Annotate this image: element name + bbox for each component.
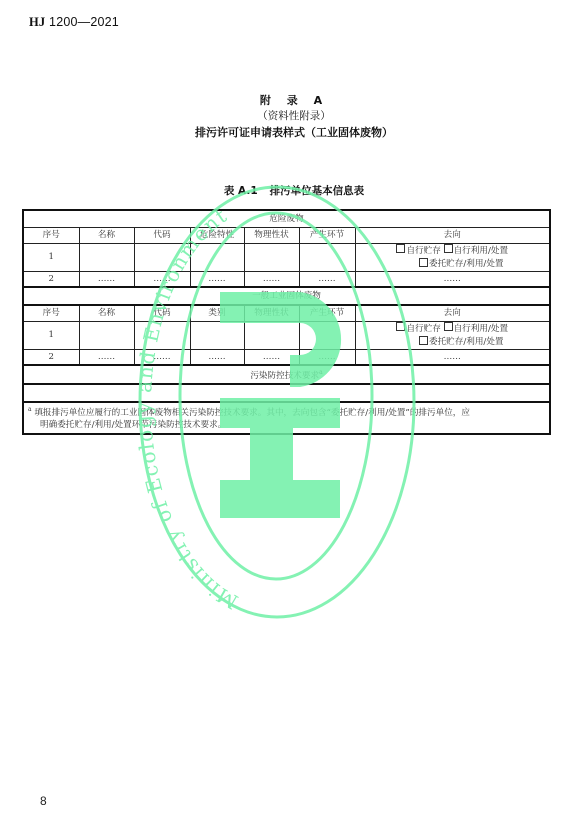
- generation-stage-cell[interactable]: [299, 244, 355, 272]
- col-header: 去向: [355, 305, 550, 322]
- table-row: 2 …… …… …… …… …… ……: [23, 350, 550, 366]
- col-header: 物理性状: [244, 228, 299, 244]
- footnote: a 填报排污单位应履行的工业固体废物相关污染防控技术要求。其中，去向包含“委托贮…: [23, 402, 550, 434]
- checkbox-icon[interactable]: [444, 322, 453, 331]
- hazard-property-cell[interactable]: [190, 244, 244, 272]
- checkbox-icon[interactable]: [419, 258, 428, 267]
- section-title-hazardous: 危险废物: [23, 210, 550, 228]
- col-header: 序号: [23, 228, 79, 244]
- col-header: 序号: [23, 305, 79, 322]
- header-row: 序号 名称 代码 类别 物理性状 产生环节 去向: [23, 305, 550, 322]
- ellipsis-cell: ……: [355, 272, 550, 288]
- footnote-row: a 填报排污单位应履行的工业固体废物相关污染防控技术要求。其中，去向包含“委托贮…: [23, 402, 550, 434]
- destination-cell: 自行贮存 自行利用/处置 委托贮存/利用/处置: [355, 244, 550, 272]
- physical-state-cell[interactable]: [244, 322, 299, 350]
- col-header: 代码: [134, 305, 190, 322]
- checkbox-icon[interactable]: [396, 322, 405, 331]
- destination-option[interactable]: 委托贮存/利用/处置: [419, 337, 504, 347]
- requirements-label-row: 污染防控技术要求a: [23, 365, 550, 384]
- appendix-subtitle: （资料性附录）: [0, 108, 588, 123]
- ellipsis-cell: ……: [244, 272, 299, 288]
- destination-option[interactable]: 委托贮存/利用/处置: [419, 259, 504, 269]
- checkbox-icon[interactable]: [444, 244, 453, 253]
- category-cell[interactable]: [190, 322, 244, 350]
- name-cell[interactable]: [79, 244, 134, 272]
- col-header: 名称: [79, 305, 134, 322]
- seq-cell: 2: [23, 272, 79, 288]
- appendix-title: 附 录 A: [0, 92, 588, 108]
- col-header: 类别: [190, 305, 244, 322]
- name-cell[interactable]: [79, 322, 134, 350]
- requirements-value-cell[interactable]: [23, 384, 550, 402]
- code-cell[interactable]: [134, 322, 190, 350]
- standard-code: HJ 1200—2021: [29, 15, 119, 30]
- section-title-row: 一般工业固体废物: [23, 287, 550, 305]
- table-row: 2 …… …… …… …… …… ……: [23, 272, 550, 288]
- generation-stage-cell[interactable]: [299, 322, 355, 350]
- col-header: 产生环节: [299, 228, 355, 244]
- physical-state-cell[interactable]: [244, 244, 299, 272]
- ellipsis-cell: ……: [355, 350, 550, 366]
- code-cell[interactable]: [134, 244, 190, 272]
- col-header: 产生环节: [299, 305, 355, 322]
- ellipsis-cell: ……: [190, 272, 244, 288]
- table-row: 1 自行贮存 自行利用/处置 委托贮存/利用/处置: [23, 322, 550, 350]
- checkbox-icon[interactable]: [396, 244, 405, 253]
- header-row: 序号 名称 代码 危险特性 物理性状 产生环节 去向: [23, 228, 550, 244]
- col-header: 代码: [134, 228, 190, 244]
- checkbox-icon[interactable]: [419, 336, 428, 345]
- seq-cell: 2: [23, 350, 79, 366]
- destination-cell: 自行贮存 自行利用/处置 委托贮存/利用/处置: [355, 322, 550, 350]
- ellipsis-cell: ……: [244, 350, 299, 366]
- section-title-general: 一般工业固体废物: [23, 287, 550, 305]
- page-number: 8: [40, 794, 47, 808]
- ellipsis-cell: ……: [79, 272, 134, 288]
- table-row: 1 自行贮存 自行利用/处置 委托贮存/利用/处置: [23, 244, 550, 272]
- requirements-label: 污染防控技术要求a: [23, 365, 550, 384]
- seq-cell: 1: [23, 244, 79, 272]
- destination-option[interactable]: 自行贮存: [396, 324, 440, 334]
- ellipsis-cell: ……: [299, 272, 355, 288]
- ellipsis-cell: ……: [190, 350, 244, 366]
- ellipsis-cell: ……: [134, 272, 190, 288]
- appendix-name: 排污许可证申请表样式（工业固体废物）: [0, 124, 588, 140]
- ellipsis-cell: ……: [134, 350, 190, 366]
- ellipsis-cell: ……: [79, 350, 134, 366]
- destination-option[interactable]: 自行贮存: [396, 246, 440, 256]
- col-header: 名称: [79, 228, 134, 244]
- basic-info-table: 危险废物 序号 名称 代码 危险特性 物理性状 产生环节 去向 1 自行贮存 自…: [22, 209, 551, 435]
- col-header: 物理性状: [244, 305, 299, 322]
- ellipsis-cell: ……: [299, 350, 355, 366]
- destination-option[interactable]: 自行利用/处置: [444, 246, 508, 256]
- col-header: 危险特性: [190, 228, 244, 244]
- destination-option[interactable]: 自行利用/处置: [444, 324, 508, 334]
- section-title-row: 危险废物: [23, 210, 550, 228]
- requirements-value-row: [23, 384, 550, 402]
- table-caption: 表 A.1排污单位基本信息表: [0, 183, 588, 198]
- seq-cell: 1: [23, 322, 79, 350]
- col-header: 去向: [355, 228, 550, 244]
